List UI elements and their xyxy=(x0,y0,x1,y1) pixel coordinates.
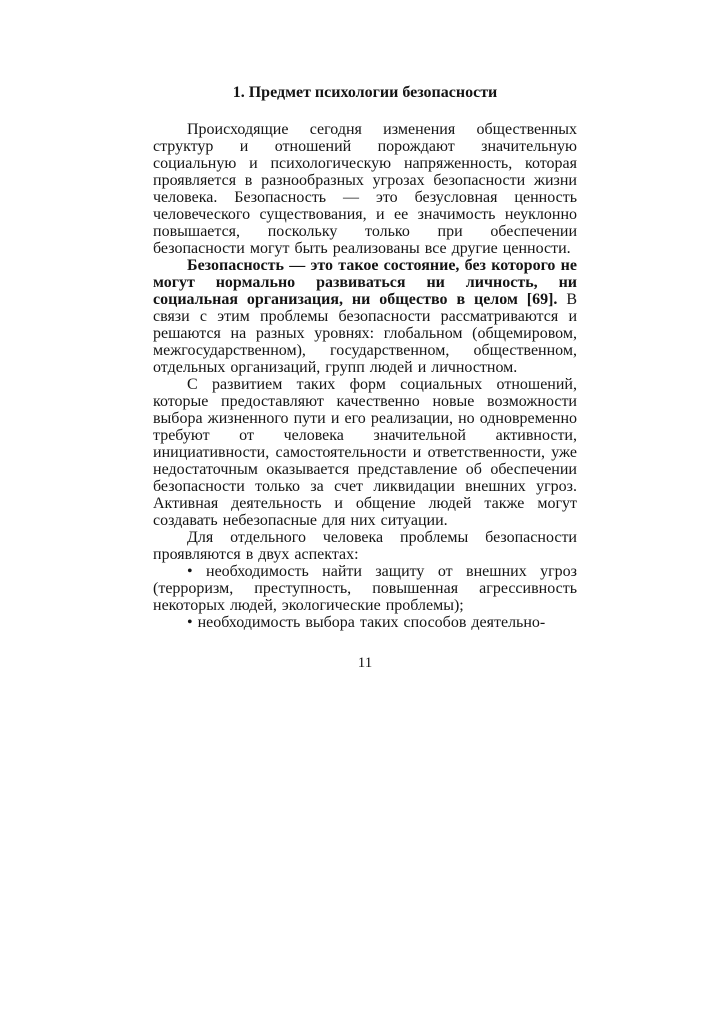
section-title: 1. Предмет психологии безопасности xyxy=(153,84,577,101)
bullet-item-choice-of-methods: • необходимость выбора таких способов де… xyxy=(153,614,577,631)
bullet-item-external-threats: • необходимость найти защиту от внешних … xyxy=(153,563,577,614)
paragraph-social-relations: С развитием таких форм социальных отноше… xyxy=(153,376,577,529)
page-number: 11 xyxy=(153,655,577,672)
page-text-block: 1. Предмет психологии безопасности Проис… xyxy=(153,84,577,672)
bold-definition-text: Безопасность — это такое состояние, без … xyxy=(153,257,577,308)
paragraph-intro: Происходящие сегодня изменения обществен… xyxy=(153,121,577,257)
paragraph-definition: Безопасность — это такое состояние, без … xyxy=(153,257,577,376)
paragraph-two-aspects: Для отдельного человека проблемы безопас… xyxy=(153,529,577,563)
